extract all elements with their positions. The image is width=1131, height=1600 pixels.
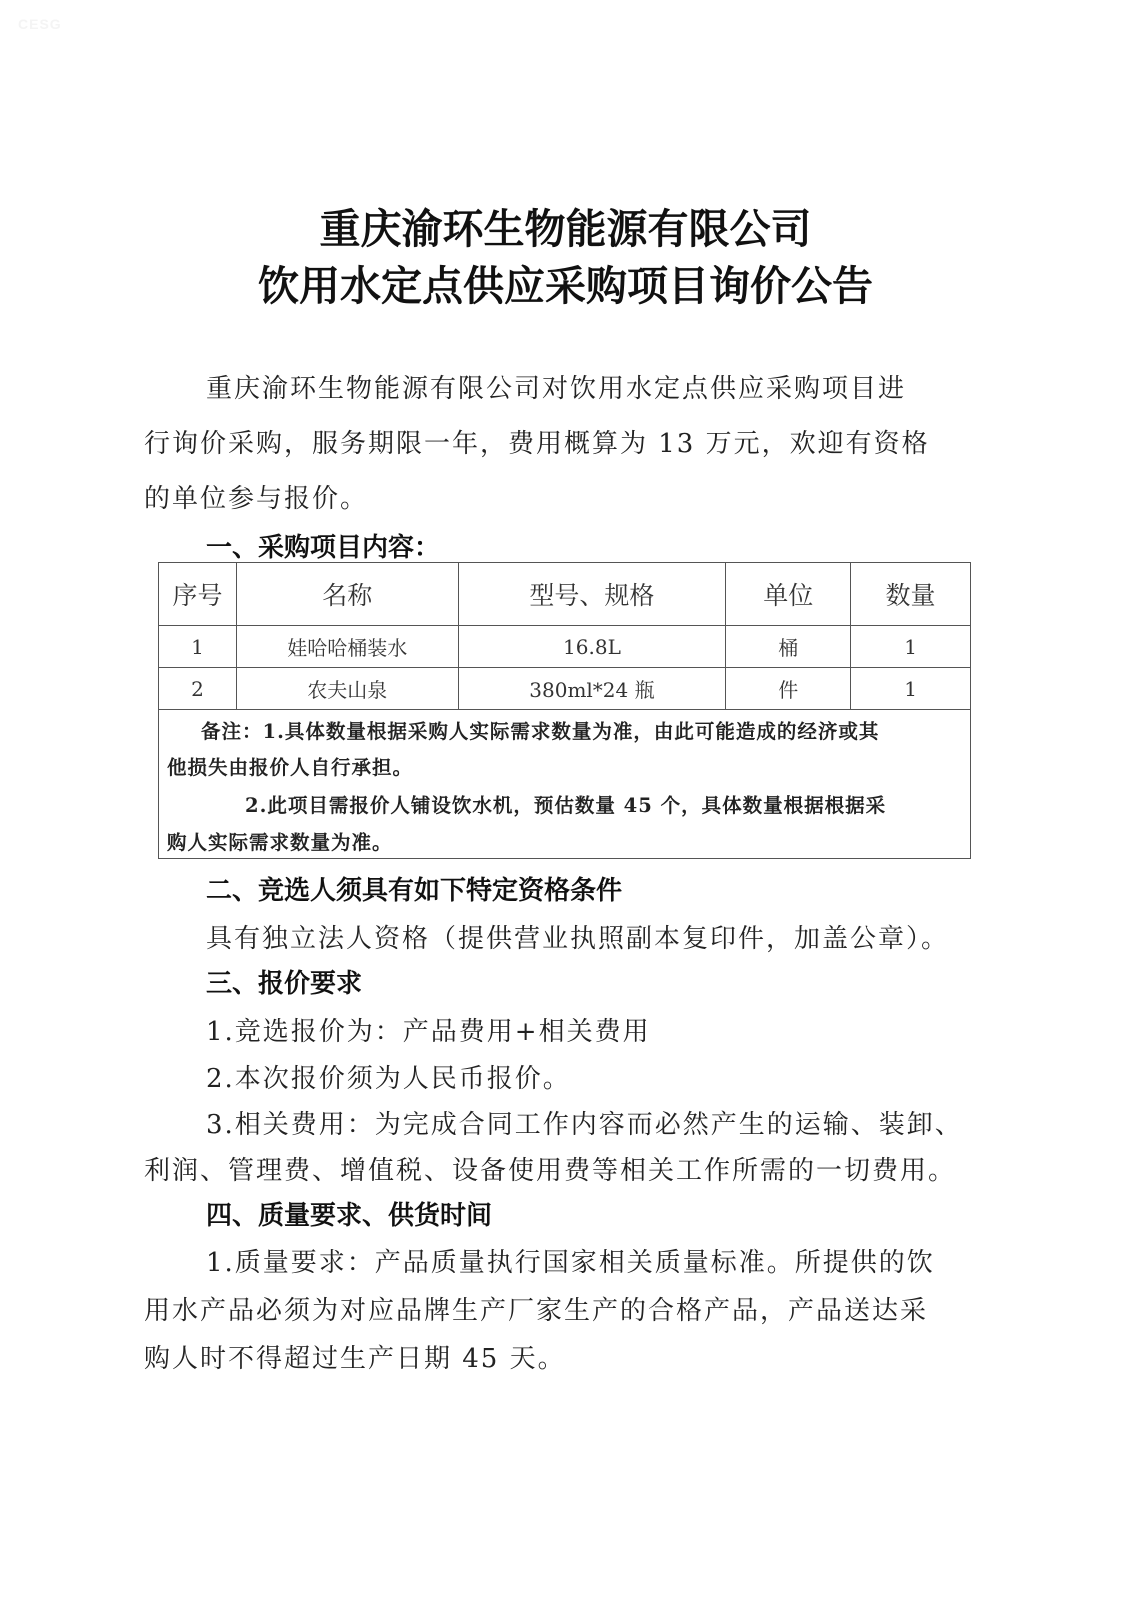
section3-heading: 三、报价要求 — [206, 963, 362, 1000]
section1-heading: 一、采购项目内容： — [206, 527, 440, 564]
cell-name: 娃哈哈桶装水 — [236, 626, 458, 668]
header-cell-unit: 单位 — [726, 563, 851, 626]
note-line2: 他损失由报价人自行承担。 — [167, 752, 413, 780]
intro-line2: 行询价采购，服务期限一年，费用概算为 13 万元，欢迎有资格 — [144, 423, 930, 460]
document-title-line2: 饮用水定点供应采购项目询价公告 — [0, 253, 1131, 312]
section3-item3-line2: 利润、管理费、增值税、设备使用费等相关工作所需的一切费用。 — [144, 1150, 956, 1187]
procurement-items-table: 序号 名称 型号、规格 单位 数量 1 娃哈哈桶装水 16.8L 桶 1 2 农… — [158, 562, 971, 710]
intro-line1: 重庆渝环生物能源有限公司对饮用水定点供应采购项目进 — [206, 368, 906, 405]
table-row: 1 娃哈哈桶装水 16.8L 桶 1 — [159, 626, 971, 668]
section4-item1-line2: 用水产品必须为对应品牌生产厂家生产的合格产品，产品送达采 — [144, 1290, 928, 1327]
cell-index: 2 — [159, 668, 237, 710]
section3-item1: 1.竞选报价为：产品费用+相关费用 — [206, 1011, 651, 1048]
document-title-line1: 重庆渝环生物能源有限公司 — [0, 196, 1131, 255]
cell-spec: 380ml*24 瓶 — [458, 668, 726, 710]
cell-index: 1 — [159, 626, 237, 668]
section4-heading: 四、质量要求、供货时间 — [206, 1195, 492, 1232]
cell-unit: 桶 — [726, 626, 851, 668]
note-line4: 购人实际需求数量为准。 — [167, 827, 393, 855]
intro-line3: 的单位参与报价。 — [144, 478, 368, 515]
section3-item2: 2.本次报价须为人民币报价。 — [206, 1058, 571, 1095]
note-line3: 2.此项目需报价人铺设饮水机，预估数量 45 个，具体数量根据根据采 — [245, 790, 886, 818]
header-cell-index: 序号 — [159, 563, 237, 626]
section4-item1-line1: 1.质量要求：产品质量执行国家相关质量标准。所提供的饮 — [206, 1242, 935, 1279]
cell-spec: 16.8L — [458, 626, 726, 668]
table-notes-box: 备注：1.具体数量根据采购人实际需求数量为准，由此可能造成的经济或其 他损失由报… — [158, 708, 971, 859]
cell-unit: 件 — [726, 668, 851, 710]
watermark-logo: CESG — [18, 16, 62, 32]
section4-item1-line3: 购人时不得超过生产日期 45 天。 — [144, 1338, 566, 1375]
note-line1: 备注：1.具体数量根据采购人实际需求数量为准，由此可能造成的经济或其 — [201, 716, 879, 744]
table-header-row: 序号 名称 型号、规格 单位 数量 — [159, 563, 971, 626]
header-cell-quantity: 数量 — [851, 563, 971, 626]
cell-quantity: 1 — [851, 668, 971, 710]
cell-quantity: 1 — [851, 626, 971, 668]
section2-text: 具有独立法人资格（提供营业执照副本复印件，加盖公章）。 — [206, 918, 949, 955]
section2-heading: 二、竞选人须具有如下特定资格条件 — [206, 870, 622, 907]
header-cell-name: 名称 — [236, 563, 458, 626]
section3-item3-line1: 3.相关费用：为完成合同工作内容而必然产生的运输、装卸、 — [206, 1104, 963, 1141]
table-row: 2 农夫山泉 380ml*24 瓶 件 1 — [159, 668, 971, 710]
header-cell-spec: 型号、规格 — [458, 563, 726, 626]
cell-name: 农夫山泉 — [236, 668, 458, 710]
